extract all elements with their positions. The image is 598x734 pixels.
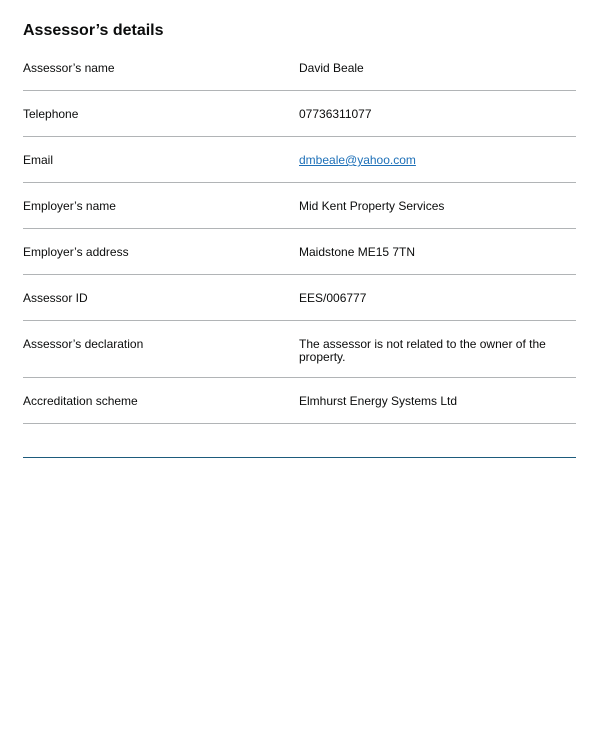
row-email: Email dmbeale@yahoo.com [23,137,576,183]
row-value: Maidstone ME15 7TN [299,246,559,259]
row-value: 07736311077 [299,108,559,121]
email-link[interactable]: dmbeale@yahoo.com [299,153,416,167]
row-accreditation-scheme: Accreditation scheme Elmhurst Energy Sys… [23,378,576,424]
row-assessor-id: Assessor ID EES/006777 [23,275,576,321]
row-label: Assessor’s name [23,62,115,75]
row-label: Assessor ID [23,292,88,305]
row-label: Accreditation scheme [23,395,138,408]
section-divider [23,457,576,458]
row-assessor-name: Assessor’s name David Beale [23,45,576,91]
row-telephone: Telephone 07736311077 [23,91,576,137]
row-value: David Beale [299,62,559,75]
row-employer-address: Employer’s address Maidstone ME15 7TN [23,229,576,275]
row-value: Mid Kent Property Services [299,200,559,213]
row-employer-name: Employer’s name Mid Kent Property Servic… [23,183,576,229]
row-label: Email [23,154,53,167]
row-label: Assessor’s declaration [23,338,143,351]
row-value: Elmhurst Energy Systems Ltd [299,395,559,408]
row-label: Telephone [23,108,78,121]
row-value: The assessor is not related to the owner… [299,338,559,364]
row-value: EES/006777 [299,292,559,305]
section-title: Assessor’s details [23,21,164,41]
row-label: Employer’s address [23,246,129,259]
row-label: Employer’s name [23,200,116,213]
row-assessor-declaration: Assessor’s declaration The assessor is n… [23,321,576,378]
details-list: Assessor’s name David Beale Telephone 07… [23,45,576,424]
